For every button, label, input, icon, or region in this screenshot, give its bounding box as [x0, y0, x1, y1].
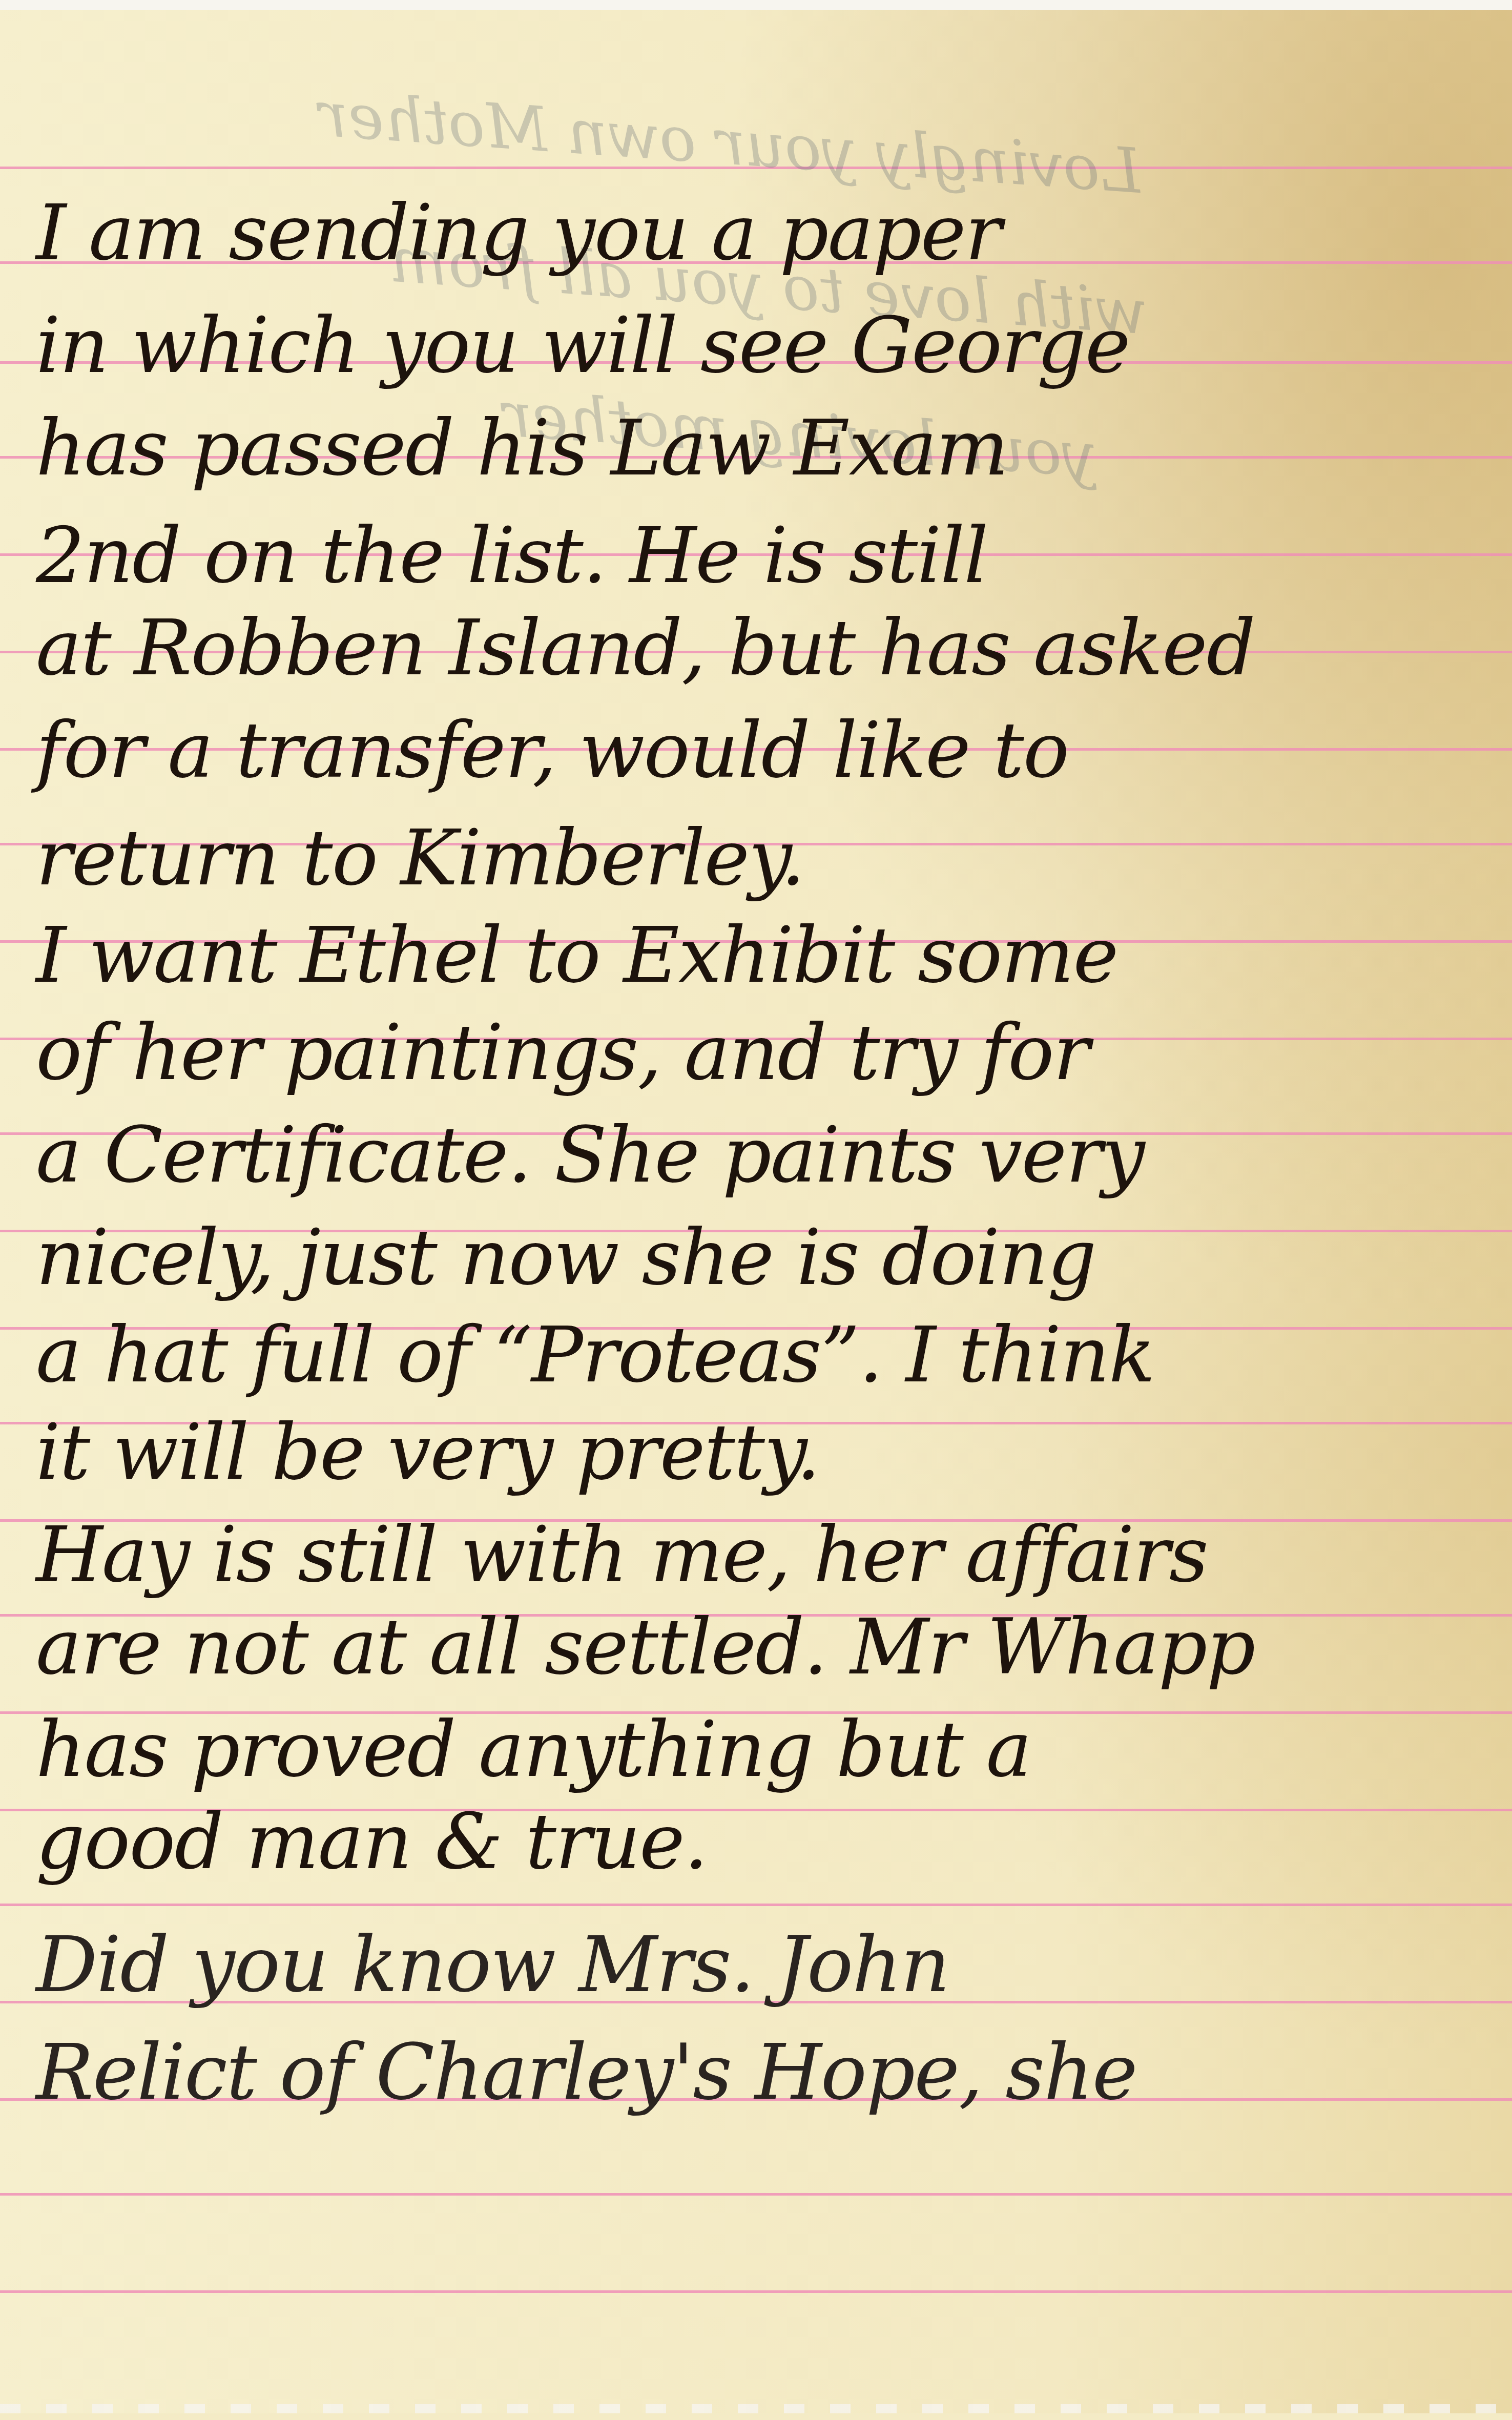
letter-line: in which you will see George [36, 307, 1129, 384]
letter-line: good man & true. [36, 1804, 708, 1880]
letter-line: a hat full of “Proteas”. I think [36, 1317, 1154, 1394]
ruled-line [0, 2290, 1512, 2293]
letter-line: Relict of Charley's Hope, she [36, 2034, 1137, 2111]
letter-line: I am sending you a paper [36, 195, 1001, 272]
letter-line: Did you know Mrs. John [36, 1927, 949, 2003]
letter-line: Hay is still with me, her affairs [36, 1517, 1208, 1594]
torn-bottom-edge [0, 2404, 1512, 2413]
ruled-line [0, 2193, 1512, 2196]
letter-line: a Certificate. She paints very [36, 1117, 1144, 1194]
letter-paper: Lovingly your own Mother with love to yo… [0, 10, 1512, 2413]
letter-line: at Robben Island, but has asked [36, 610, 1255, 687]
letter-line: nicely, just now she is doing [36, 1219, 1095, 1296]
letter-line: of her paintings, and try for [36, 1015, 1089, 1091]
letter-line: has passed his Law Exam [36, 410, 1008, 487]
letter-line: 2nd on the list. He is still [36, 518, 987, 594]
ruled-line [0, 1904, 1512, 1906]
letter-line: I want Ethel to Exhibit some [36, 917, 1117, 994]
letter-line: for a transfer, would like to [36, 712, 1068, 789]
letter-line: are not at all settled. Mr Whapp [36, 1609, 1255, 1686]
letter-line: return to Kimberley. [36, 820, 804, 897]
letter-line: has proved anything but a [36, 1711, 1031, 1788]
letter-line: it will be very pretty. [36, 1414, 820, 1491]
